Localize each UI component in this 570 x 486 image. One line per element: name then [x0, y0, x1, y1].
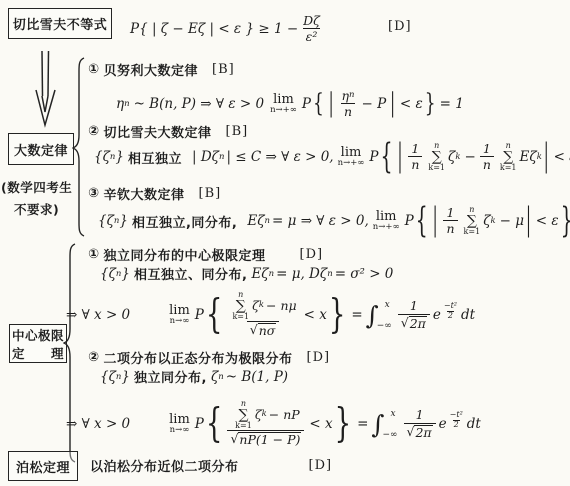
formula-text: | ≤ C ⇒ ∀ ε > 0,: [226, 149, 333, 165]
condition-text: 相互独立: [128, 148, 182, 167]
clt-box-line1: 中心极限: [12, 326, 64, 344]
sum-sigma: ∑: [467, 214, 477, 228]
right-brace: }: [561, 201, 570, 241]
lim-sub: n→∞: [170, 317, 190, 326]
set-open: {ζ: [98, 213, 114, 229]
iid-clt-title-row: ① 独立同分布的中心极限定理 [D]: [88, 245, 323, 264]
var: Eζ: [251, 266, 268, 282]
exponent: −t² 2: [442, 296, 459, 320]
clt-box: 中心极限 定 理: [9, 324, 67, 363]
numerator: n ∑ k=1 ζk − nP: [230, 400, 302, 430]
grade-tag-d: [D]: [388, 19, 412, 34]
fraction: 1 √ 2π: [404, 408, 436, 440]
denominator: n: [408, 156, 422, 172]
lim-word: lim: [169, 304, 190, 318]
denominator: √ nσ: [247, 321, 280, 338]
limit: lim n→+∞: [270, 93, 297, 116]
grade-tag-b: [B]: [212, 62, 235, 77]
condition-text: 相互独立,同分布,: [132, 212, 237, 231]
formula-text: = μ, Dζ: [276, 266, 327, 282]
limit: lim n→∞: [169, 413, 190, 436]
lim-word: lim: [169, 413, 190, 427]
set-close: }: [119, 213, 128, 229]
summation: n ∑ k=1: [464, 206, 481, 236]
var-sub: k: [491, 216, 496, 226]
sum-lower: k=1: [428, 164, 445, 172]
var-sub: k: [537, 152, 542, 162]
denominator: n: [341, 103, 355, 119]
abs-bar: |: [433, 203, 438, 240]
chebyshev-lln-formula: {ζn} 相互独立 | Dζn | ≤ C ⇒ ∀ ε > 0, lim n→+…: [94, 139, 570, 175]
formula-text: ~ B(1, P): [226, 369, 288, 385]
right-brace: }: [329, 292, 346, 339]
denominator: n: [443, 220, 457, 236]
poisson-row: 以泊松分布近似二项分布 [D]: [90, 456, 332, 475]
set-open: {ζ: [94, 149, 110, 165]
chebyshev-inequality-box: 切比雪夫不等式: [8, 8, 112, 39]
var: ζ: [211, 369, 218, 385]
sum-lower: k=1: [500, 164, 517, 172]
lln-box: 大数定律: [8, 133, 74, 165]
left-brace: {: [313, 89, 324, 119]
radical-sign: √: [250, 323, 258, 337]
khinchin-formula: {ζn} 相互独立,同分布, Eζn = μ ⇒ ∀ ε > 0, lim n→…: [98, 203, 570, 239]
set-open: {ζ: [100, 266, 116, 282]
lim-word: lim: [376, 210, 397, 224]
denominator: 2: [453, 420, 460, 429]
limit: lim n→+∞: [373, 210, 400, 233]
differential: dt: [467, 416, 481, 432]
item-number: ③: [88, 186, 100, 201]
chebyshev-box-label: 切比雪夫不等式: [13, 14, 108, 33]
poisson-box-label: 泊松定理: [16, 457, 70, 476]
summation: n ∑ k=1: [428, 142, 445, 172]
var: η: [342, 89, 350, 103]
grade-tag-d: [D]: [300, 247, 324, 262]
khinchin-title-row: ③ 辛钦大数定律 [B]: [88, 184, 221, 203]
lim-sub: n→+∞: [373, 223, 400, 232]
integral-upper: x: [385, 300, 390, 310]
fraction: n ∑ k=1 ζk − nμ √ nσ: [227, 291, 298, 338]
integral: ∫ x −∞: [371, 412, 397, 437]
var: ζ: [252, 299, 259, 313]
set-close: }: [121, 266, 130, 282]
radicand: 2π: [414, 425, 432, 440]
var: Eζ: [520, 149, 537, 165]
radical-sign: √: [407, 425, 415, 439]
radicand: nσ: [258, 323, 277, 338]
var: ζ: [448, 149, 455, 165]
sum-lower: k=1: [235, 422, 252, 430]
var-sub: n: [327, 269, 332, 279]
left-brace: {: [381, 137, 393, 177]
chebyshev-formula: P{ | ζ − Eζ | < ε } ≥ 1 − Dζ ε²: [130, 11, 325, 47]
fraction: 1 n: [408, 142, 422, 173]
radical-sign: √: [230, 432, 238, 446]
fraction: −t² 2: [448, 411, 465, 429]
numerator: 1: [409, 142, 421, 156]
summation: n ∑ k=1: [500, 142, 517, 172]
formula-text: < ε: [400, 96, 423, 112]
numerator: −t²: [448, 411, 465, 419]
formula-text: = 1: [440, 96, 464, 112]
sum-sigma: ∑: [432, 150, 442, 164]
set-close: }: [121, 369, 130, 385]
lim-sub: n→∞: [170, 426, 190, 435]
lim-word: lim: [273, 93, 294, 107]
formula-text: | Dζ: [192, 149, 219, 165]
numerator: Dζ: [301, 14, 322, 28]
var: ζ: [255, 408, 262, 422]
limit: lim n→∞: [169, 304, 190, 327]
var-sub: n: [269, 269, 274, 279]
formula-text: < x: [309, 416, 332, 432]
item-number: ②: [88, 350, 100, 365]
sum-lower: k=1: [232, 313, 249, 321]
poisson-description: 以泊松分布近似二项分布: [90, 456, 239, 475]
fraction: 1 n: [480, 142, 494, 173]
set-open: {ζ: [100, 369, 116, 385]
lim-sub: n→+∞: [270, 106, 297, 115]
left-brace: {: [206, 401, 223, 448]
euler-e: e: [433, 307, 441, 323]
item-number: ②: [88, 124, 100, 139]
clt-box-line2: 定 理: [12, 344, 64, 362]
lim-sub: n→+∞: [338, 159, 365, 168]
formula-text: = σ² > 0: [335, 266, 394, 282]
integral-lower: −∞: [377, 321, 392, 331]
right-brace: }: [425, 89, 436, 119]
lln-note-line1: (数学四考生: [1, 178, 72, 196]
grade-tag-d: [D]: [307, 350, 331, 365]
condition-text: 相互独立、同分布,: [134, 264, 247, 283]
integral-upper: x: [390, 409, 395, 419]
fraction: −t² 2: [442, 302, 459, 320]
prob-symbol: P: [195, 416, 204, 432]
sum-sigma: ∑: [236, 299, 246, 313]
fraction: 1 √ 2π: [398, 299, 430, 331]
integral-lower: −∞: [382, 430, 397, 440]
binom-clt-title: 二项分布以正态分布为极限分布: [104, 348, 293, 367]
sum-sigma: ∑: [238, 408, 248, 422]
formula-text: ~ B(n, P) ⇒ ∀ ε > 0: [134, 96, 264, 112]
prob-symbol: P: [302, 96, 311, 112]
var: ζ: [483, 213, 490, 229]
binom-clt-title-row: ② 二项分布以正态分布为极限分布 [D]: [88, 348, 330, 367]
lln-brace: [71, 57, 87, 237]
radical-sign: √: [401, 316, 409, 330]
denominator: 2: [447, 311, 454, 320]
numerator: 1: [414, 408, 426, 422]
item-number: ①: [88, 247, 100, 262]
formula-text: ⇒ ∀ x > 0: [66, 307, 130, 323]
fraction: ηn n: [340, 89, 357, 120]
equals-sign: =: [357, 416, 368, 432]
integral: ∫ x −∞: [366, 303, 392, 328]
grade-tag-d: [D]: [309, 458, 333, 473]
numerator: 1: [408, 299, 420, 313]
formula-text: ⇒ ∀ x > 0: [66, 416, 130, 432]
formula-text: − nP: [269, 408, 300, 422]
set-close: }: [115, 149, 124, 165]
down-arrow-icon: [32, 50, 60, 128]
var-sub: k: [262, 410, 267, 420]
scanned-notes-page: 切比雪夫不等式 P{ | ζ − Eζ | < ε } ≥ 1 − Dζ ε² …: [0, 0, 570, 486]
abs-bar: |: [544, 139, 549, 176]
differential: dt: [461, 307, 475, 323]
item-number: ①: [88, 62, 100, 77]
iid-clt-title: 独立同分布的中心极限定理: [104, 245, 266, 264]
grade-tag-b: [B]: [199, 186, 222, 201]
formula-text: = μ ⇒ ∀ ε > 0,: [272, 213, 369, 229]
lln-box-label: 大数定律: [14, 140, 68, 159]
abs-bar: |: [390, 89, 395, 119]
numerator: ηn: [340, 89, 357, 103]
left-brace: {: [416, 201, 428, 241]
limit: lim n→+∞: [338, 146, 365, 169]
var-sub: n: [124, 99, 129, 109]
poisson-box: 泊松定理: [8, 451, 78, 481]
exponent: −t² 2: [448, 405, 465, 429]
condition-text: 独立同分布,: [134, 367, 207, 386]
khinchin-title: 辛钦大数定律: [104, 184, 185, 203]
formula-text: < ε: [554, 149, 570, 165]
right-brace: }: [335, 401, 352, 448]
var-sub: k: [259, 301, 264, 311]
sum-sigma: ∑: [503, 150, 513, 164]
equals-sign: =: [351, 307, 362, 323]
denominator: √ nP(1 − P): [227, 430, 304, 447]
var: η: [116, 96, 124, 112]
radicand: nP(1 − P): [238, 432, 301, 447]
iid-clt-formula: ⇒ ∀ x > 0 lim n→∞ P { n ∑ k=1 ζk − nμ √ …: [66, 289, 475, 341]
var-sub: n: [218, 372, 223, 382]
formula-text: − μ: [500, 213, 524, 229]
minus-sign: −: [465, 149, 476, 165]
var-sub: n: [265, 216, 270, 226]
prob-symbol: P: [369, 149, 378, 165]
formula-text: P{ | ζ − Eζ | < ε } ≥ 1 −: [130, 21, 298, 37]
bernoulli-formula: ηn ~ B(n, P) ⇒ ∀ ε > 0 lim n→+∞ P { | ηn…: [116, 87, 464, 121]
abs-bar: |: [329, 89, 334, 119]
abs-bar: |: [398, 139, 403, 176]
euler-e: e: [439, 416, 447, 432]
fraction: 1 n: [443, 206, 457, 237]
radicand: 2π: [409, 316, 427, 331]
iid-clt-condition: {ζn} 相互独立、同分布, Eζn = μ, Dζn = σ² > 0: [100, 264, 393, 283]
summation: n ∑ k=1: [232, 291, 249, 321]
denominator: ε²: [303, 28, 321, 44]
var-sub: n: [219, 152, 224, 162]
numerator: n ∑ k=1 ζk − nμ: [227, 291, 298, 321]
lln-note-line2: 不要求): [14, 200, 59, 218]
numerator: −t²: [442, 302, 459, 310]
bernoulli-title: 贝努利大数定律: [104, 60, 199, 79]
abs-bar: |: [526, 203, 531, 240]
sum-lower: k=1: [464, 228, 481, 236]
denominator: √ 2π: [404, 423, 436, 440]
bernoulli-title-row: ① 贝努利大数定律 [B]: [88, 60, 235, 79]
denominator: √ 2π: [398, 314, 430, 331]
numerator: 1: [481, 142, 493, 156]
denominator: n: [480, 156, 494, 172]
binom-clt-condition: {ζn} 独立同分布, ζn ~ B(1, P): [100, 367, 288, 386]
var-sub: k: [455, 152, 460, 162]
grade-tag-b: [B]: [226, 124, 249, 139]
binom-clt-formula: ⇒ ∀ x > 0 lim n→∞ P { n ∑ k=1 ζk − nP √ …: [66, 397, 481, 451]
formula-text: − P: [362, 96, 387, 112]
left-brace: {: [206, 292, 223, 339]
numerator: 1: [445, 206, 457, 220]
var-sub: n: [349, 91, 354, 101]
formula-text: < x: [304, 307, 327, 323]
formula-text: < ε: [536, 213, 559, 229]
formula-text: − nμ: [266, 299, 297, 313]
summation: n ∑ k=1: [235, 400, 252, 430]
var: Eζ: [247, 213, 264, 229]
prob-symbol: P: [405, 213, 414, 229]
fraction: Dζ ε²: [301, 14, 322, 45]
prob-symbol: P: [195, 307, 204, 323]
lim-word: lim: [341, 146, 362, 160]
fraction: n ∑ k=1 ζk − nP √ nP(1 − P): [227, 400, 304, 447]
